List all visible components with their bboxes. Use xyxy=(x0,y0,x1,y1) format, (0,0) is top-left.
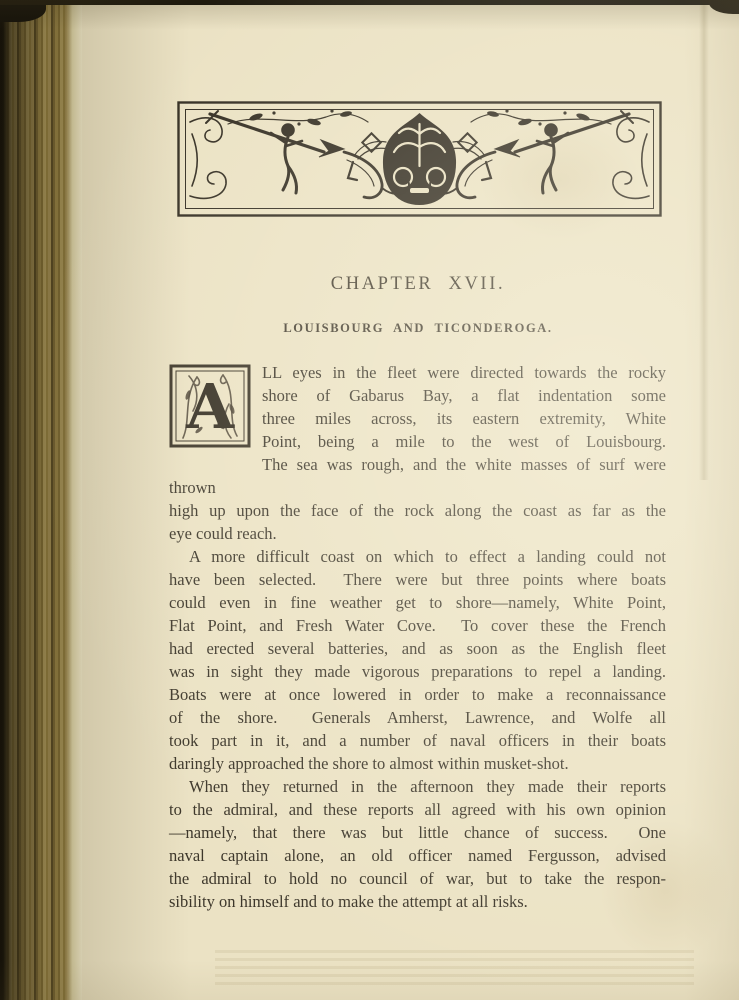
text-line: —namely, that there was but little chanc… xyxy=(169,821,666,844)
text-line: could even in fine weather get to shore—… xyxy=(169,591,666,614)
ornamental-drop-cap: A xyxy=(169,364,251,448)
scanned-book-page: CHAPTER XVII. LOUISBOURG AND TICONDEROGA… xyxy=(0,0,739,1000)
text-line: Flat Point, and Fresh Water Cove. To cov… xyxy=(169,614,666,637)
scan-corner-top-right xyxy=(709,0,739,14)
text-line: sibility on himself and to make the atte… xyxy=(169,890,666,913)
chapter-title: CHAPTER XVII. xyxy=(169,274,667,295)
text-line: was in sight they made vigorous preparat… xyxy=(169,660,666,683)
text-line: high up upon the face of the rock along … xyxy=(169,499,666,522)
page-gutter-shadow xyxy=(699,0,709,480)
chapter-subtitle: LOUISBOURG AND TICONDEROGA. xyxy=(169,321,667,336)
text-line: eye could reach. xyxy=(169,522,666,545)
text-line: had erected several batteries, and as so… xyxy=(169,637,666,660)
text-line: naval captain alone, an old officer name… xyxy=(169,844,666,867)
paragraph: ALL eyes in the fleet were directed towa… xyxy=(169,361,666,545)
text-line: daringly approached the shore to almost … xyxy=(169,752,666,775)
body-text: ALL eyes in the fleet were directed towa… xyxy=(169,361,666,913)
text-line: When they returned in the afternoon they… xyxy=(169,775,666,798)
scan-top-edge xyxy=(0,0,739,5)
text-line: the admiral to hold no council of war, b… xyxy=(169,867,666,890)
text-line: A more difficult coast on which to effec… xyxy=(169,545,666,568)
text-line: have been selected. There were but three… xyxy=(169,568,666,591)
text-line: of the shore. Generals Amherst, Lawrence… xyxy=(169,706,666,729)
book-page-edges xyxy=(0,0,82,1000)
headpiece-engraving xyxy=(176,100,663,218)
text-line: Boats were at once lowered in order to m… xyxy=(169,683,666,706)
text-line: took part in it, and a number of naval o… xyxy=(169,729,666,752)
paragraph: When they returned in the afternoon they… xyxy=(169,775,666,913)
drop-cap-letter: A xyxy=(169,371,251,443)
text-line: to the admiral, and these reports all ag… xyxy=(169,798,666,821)
text-line: The sea was rough, and the white masses … xyxy=(169,453,666,499)
paragraph: A more difficult coast on which to effec… xyxy=(169,545,666,775)
